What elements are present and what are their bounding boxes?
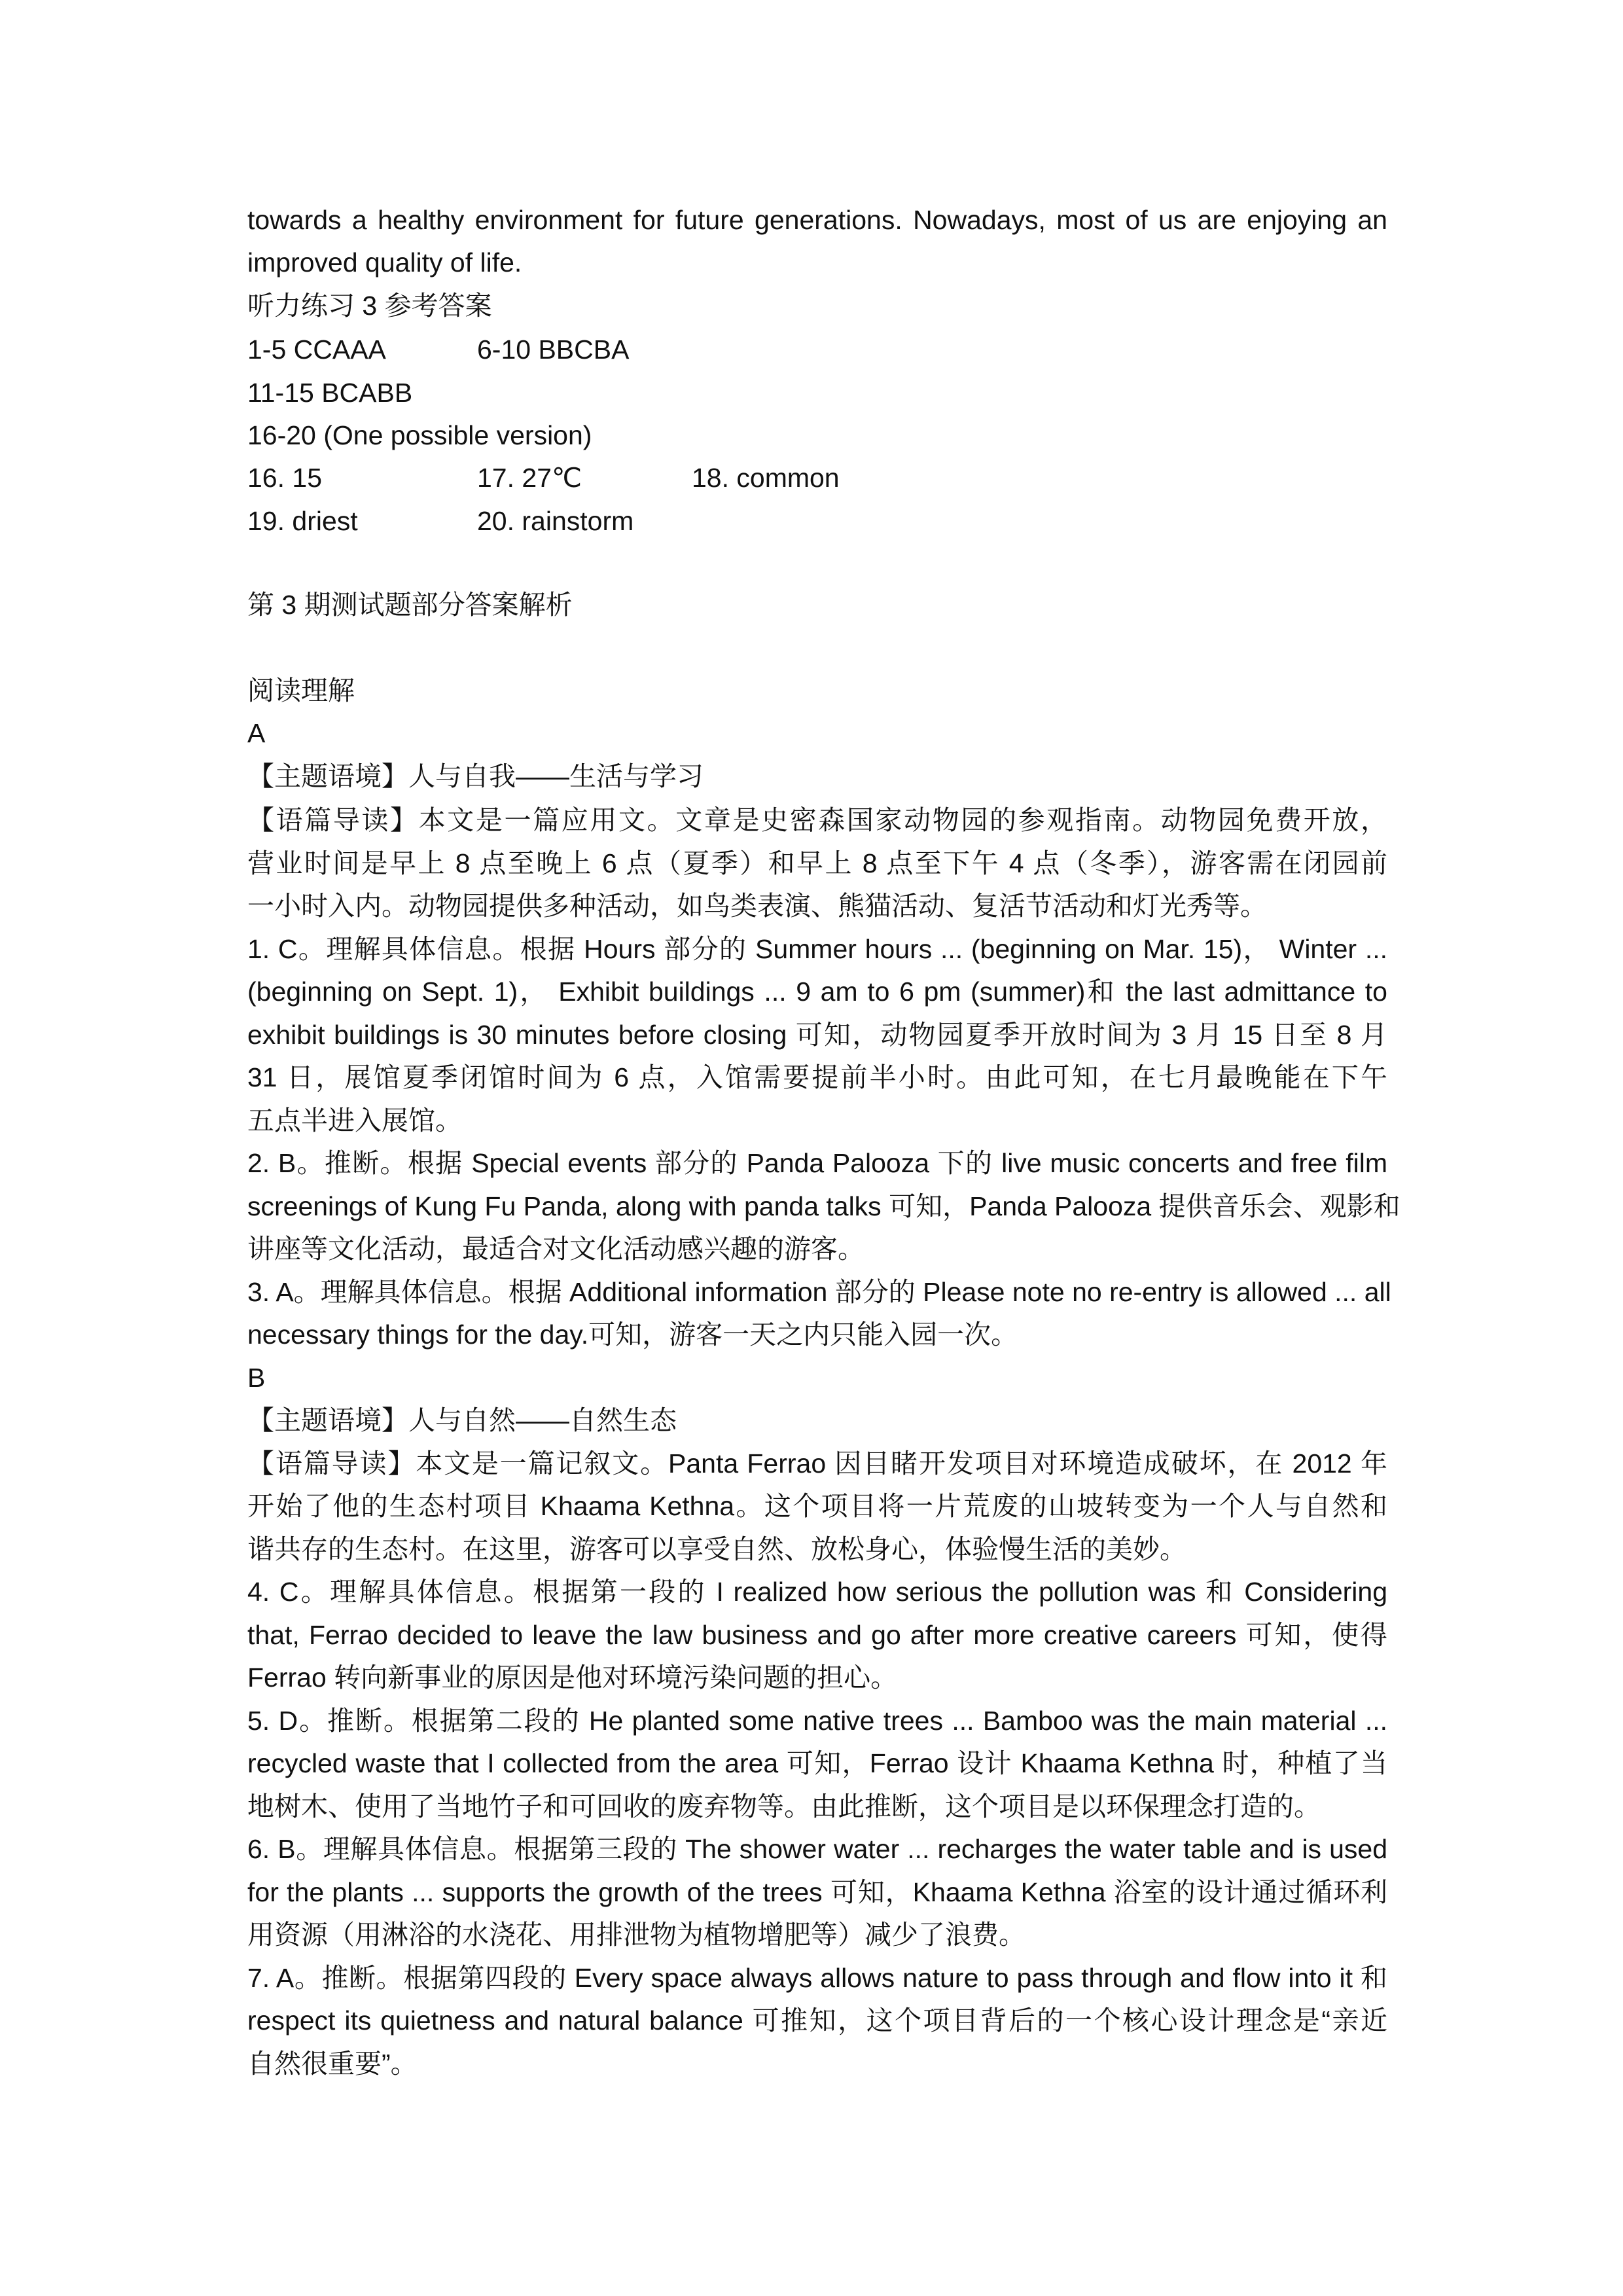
q5-line-3: 地树木、使用了当地竹子和可回收的废弃物等。由此推断，这个项目是以环保理念打造的。	[247, 1785, 1387, 1828]
listening-answers-row-3: 16-20 (One possible version)	[247, 414, 1387, 457]
passage-b-guide-1: 【语篇导读】本文是一篇记叙文。Panta Ferrao 因目睹开发项目对环境造成…	[247, 1442, 1387, 1485]
passage-b-theme: 【主题语境】人与自然——自然生态	[247, 1399, 1387, 1442]
q4-line-3: Ferrao 转向新事业的原因是他对环境污染问题的担心。	[247, 1656, 1387, 1699]
listening-answers-row-4: 16. 15 17. 27℃ 18. common	[247, 456, 1387, 499]
q2-line-1: 2. B。推断。根据 Special events 部分的 Panda Palo…	[247, 1141, 1387, 1185]
passage-a-label: A	[247, 711, 1387, 755]
passage-a-guide-3: 一小时入内。动物园提供多种活动，如鸟类表演、熊猫活动、复活节活动和灯光秀等。	[247, 884, 1387, 927]
answer-16-20-header: 16-20 (One possible version)	[247, 414, 592, 457]
q7-line-1: 7. A。推断。根据第四段的 Every space always allows…	[247, 1956, 1387, 2000]
q1-line-4: 31 日，展馆夏季闭馆时间为 6 点，入馆需要提前半小时。由此可知，在七月最晚能…	[247, 1056, 1387, 1099]
answer-19: 19. driest	[247, 499, 358, 543]
q1-line-3: exhibit buildings is 30 minutes before c…	[247, 1013, 1387, 1056]
q4-line-1: 4. C。理解具体信息。根据第一段的 I realized how seriou…	[247, 1570, 1387, 1613]
intro-line-1: towards a healthy environment for future…	[247, 198, 1387, 242]
passage-b-guide-2: 开始了他的生态村项目 Khaama Kethna。这个项目将一片荒废的山坡转变为…	[247, 1484, 1387, 1528]
answer-11-15: 11-15 BCABB	[247, 371, 412, 414]
reading-title: 阅读理解	[247, 669, 1387, 712]
listening-answers-row-1: 1-5 CCAAA 6-10 BBCBA	[247, 328, 1387, 371]
passage-b-label: B	[247, 1356, 1387, 1399]
q4-line-2: that, Ferrao decided to leave the law bu…	[247, 1613, 1387, 1657]
q6-line-1: 6. B。理解具体信息。根据第三段的 The shower water ... …	[247, 1827, 1387, 1871]
section-title: 第 3 期测试题部分答案解析	[247, 583, 1387, 626]
answer-17: 17. 27℃	[477, 456, 582, 499]
answer-20: 20. rainstorm	[477, 499, 633, 543]
passage-a-theme: 【主题语境】人与自我——生活与学习	[247, 755, 1387, 798]
q5-line-1: 5. D。推断。根据第二段的 He planted some native tr…	[247, 1699, 1387, 1742]
q1-line-2: (beginning on Sept. 1)， Exhibit building…	[247, 970, 1387, 1013]
q2-line-3: 讲座等文化活动，最适合对文化活动感兴趣的游客。	[247, 1227, 1387, 1270]
q6-line-3: 用资源（用淋浴的水浇花、用排泄物为植物增肥等）减少了浪费。	[247, 1913, 1387, 1956]
passage-a-guide-2: 营业时间是早上 8 点至晚上 6 点（夏季）和早上 8 点至下午 4 点（冬季）…	[247, 842, 1387, 885]
q3-line-1: 3. A。理解具体信息。根据 Additional information 部分…	[247, 1270, 1387, 1314]
passage-a-guide-1: 【语篇导读】本文是一篇应用文。文章是史密森国家动物园的参观指南。动物园免费开放，	[247, 798, 1387, 842]
answer-1-5: 1-5 CCAAA	[247, 328, 386, 371]
q1-line-5: 五点半进入展馆。	[247, 1099, 1387, 1142]
q2-line-2: screenings of Kung Fu Panda, along with …	[247, 1185, 1387, 1228]
listening-title: 听力练习 3 参考答案	[247, 284, 1387, 327]
passage-b-guide-3: 谐共存的生态村。在这里，游客可以享受自然、放松身心，体验慢生活的美妙。	[247, 1528, 1387, 1571]
intro-line-2: improved quality of life.	[247, 241, 1387, 284]
answer-18: 18. common	[692, 456, 840, 499]
listening-answers-row-2: 11-15 BCABB	[247, 371, 1387, 414]
q3-line-2: necessary things for the day.可知，游客一天之内只能…	[247, 1313, 1387, 1356]
q7-line-2: respect its quietness and natural balanc…	[247, 1999, 1387, 2042]
answer-16: 16. 15	[247, 456, 322, 499]
answer-6-10: 6-10 BBCBA	[477, 328, 629, 371]
q6-line-2: for the plants ... supports the growth o…	[247, 1871, 1387, 1914]
q1-line-1: 1. C。理解具体信息。根据 Hours 部分的 Summer hours ..…	[247, 927, 1387, 971]
q7-line-3: 自然很重要”。	[247, 2042, 1387, 2085]
q5-line-2: recycled waste that I collected from the…	[247, 1742, 1387, 1785]
listening-answers-row-5: 19. driest 20. rainstorm	[247, 499, 1387, 543]
